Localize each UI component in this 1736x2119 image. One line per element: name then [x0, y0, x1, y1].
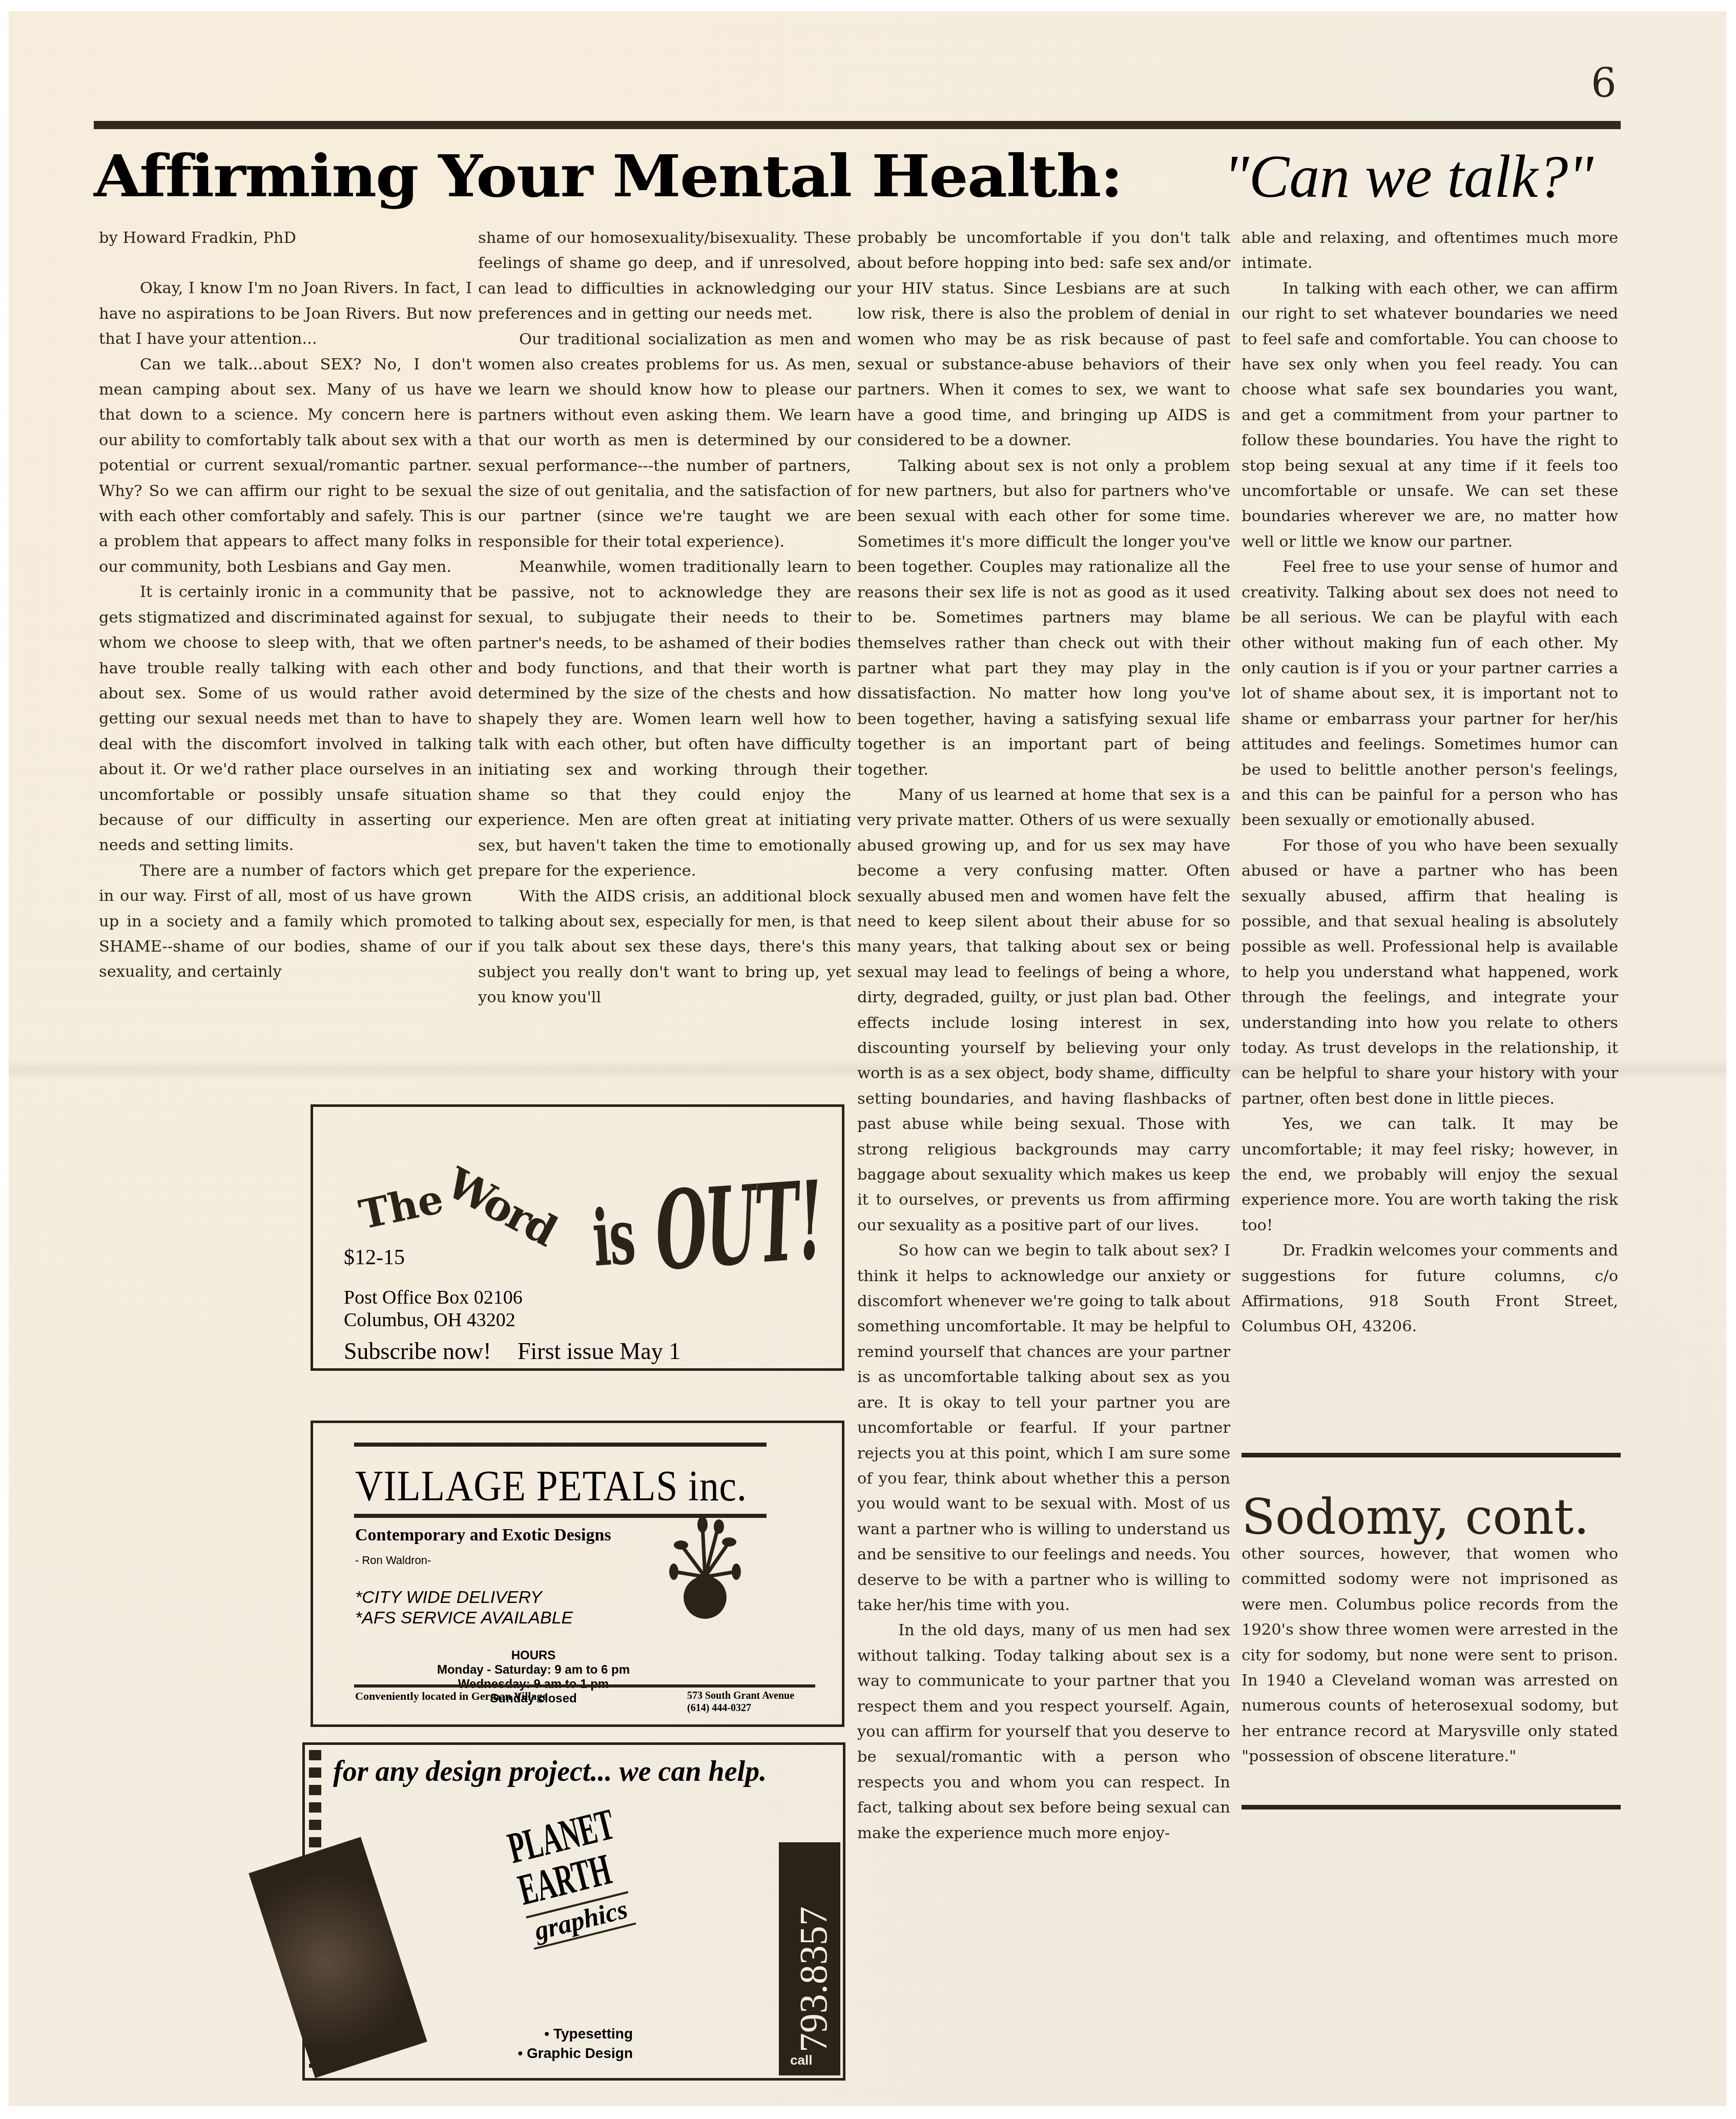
- service-item: *CITY WIDE DELIVERY: [355, 1587, 573, 1608]
- page-number: 6: [1591, 60, 1617, 107]
- paragraph: With the AIDS crisis, an additional bloc…: [478, 884, 851, 1011]
- service-item: *AFS SERVICE AVAILABLE: [355, 1608, 573, 1628]
- paragraph: For those of you who have been sexually …: [1242, 833, 1618, 1112]
- ad-word-is-out: The Word is OUT! $12-15 Post Office Box …: [311, 1104, 844, 1371]
- paragraph: In the old days, many of us men had sex …: [857, 1618, 1230, 1846]
- paragraph: In talking with each other, we can affir…: [1242, 276, 1618, 554]
- business-phone: (614) 444-0327: [687, 1702, 794, 1714]
- ad-rule: [354, 1684, 815, 1688]
- hours-title: HOURS: [395, 1649, 672, 1663]
- paragraph: Yes, we can talk. It may be uncomfortabl…: [1242, 1112, 1618, 1238]
- business-tagline: Contemporary and Exotic Designs: [355, 1526, 611, 1545]
- paragraph: Feel free to use your sense of humor and…: [1242, 554, 1618, 833]
- service-item: • Graphic Design: [510, 2044, 633, 2063]
- ad-word-is-out-logo: The Word is OUT!: [344, 1138, 815, 1291]
- article-column-1: by Howard Fradkin, PhD Okay, I know I'm …: [99, 225, 472, 985]
- services-list: *CITY WIDE DELIVERY *AFS SERVICE AVAILAB…: [355, 1587, 573, 1628]
- address-line-1: Post Office Box 02106: [344, 1286, 523, 1309]
- sodomy-section-body: other sources, however, that women who c…: [1242, 1541, 1618, 1770]
- ad-price: $12-15: [344, 1245, 405, 1270]
- author-note: Dr. Fradkin welcomes your comments and s…: [1242, 1238, 1618, 1340]
- paragraph: Our traditional socialization as men and…: [478, 327, 851, 555]
- ad-planet-earth-graphics: for any design project... we can help. P…: [302, 1742, 845, 2081]
- first-issue-text: First issue May 1: [518, 1338, 680, 1364]
- paragraph: It is certainly ironic in a community th…: [99, 580, 472, 858]
- section-divider: [1242, 1805, 1621, 1809]
- paragraph: Okay, I know I'm no Joan Rivers. In fact…: [99, 276, 472, 352]
- logo-word-is: is: [590, 1191, 637, 1284]
- paragraph: able and relaxing, and oftentimes much m…: [1242, 225, 1618, 276]
- paragraph: Talking about sex is not only a problem …: [857, 454, 1230, 783]
- article-title: Affirming Your Mental Health:: [94, 138, 1122, 215]
- address-line-2: Columbus, OH 43202: [344, 1309, 523, 1331]
- ad-address: Post Office Box 02106 Columbus, OH 43202: [344, 1286, 523, 1331]
- article-column-3: probably be uncomfortable if you don't t…: [857, 225, 1230, 1846]
- planet-earth-logo: PLANET EARTH graphics: [504, 1799, 654, 1972]
- article-subtitle: "Can we talk?": [1224, 138, 1594, 215]
- business-owner: - Ron Waldron-: [355, 1554, 431, 1567]
- logo-word-the: The: [355, 1176, 447, 1239]
- paragraph: Meanwhile, women traditionally learn to …: [478, 554, 851, 883]
- services-list: • Typesetting • Graphic Design: [510, 2024, 633, 2063]
- paragraph: probably be uncomfortable if you don't t…: [857, 225, 1230, 454]
- call-label: call: [790, 2052, 812, 2068]
- phone-number: 793.8357: [792, 1906, 836, 2052]
- article-headline: Affirming Your Mental Health: "Can we ta…: [94, 138, 1631, 215]
- ad-rule: [354, 1443, 767, 1447]
- flower-vase-icon: [667, 1515, 743, 1623]
- article-column-4: able and relaxing, and oftentimes much m…: [1242, 225, 1618, 1340]
- paragraph: other sources, however, that women who c…: [1242, 1541, 1618, 1770]
- business-contact: 573 South Grant Avenue (614) 444-0327: [687, 1690, 794, 1714]
- logo-word-word: Word: [439, 1158, 563, 1256]
- logo-word-out: OUT!: [651, 1157, 826, 1294]
- phone-banner: 793.8357 call: [779, 1842, 840, 2075]
- ad-slogan: for any design project... we can help.: [333, 1755, 767, 1788]
- article-column-2: shame of our homosexuality/bisexuality. …: [478, 225, 851, 1011]
- section-divider: [1242, 1453, 1621, 1457]
- paragraph: Can we talk...about SEX? No, I don't mea…: [99, 352, 472, 580]
- paragraph: Many of us learned at home that sex is a…: [857, 783, 1230, 1238]
- hours-line: Monday - Saturday: 9 am to 6 pm: [395, 1663, 672, 1677]
- business-name: VILLAGE PETALS inc.: [355, 1462, 747, 1511]
- byline: by Howard Fradkin, PhD: [99, 225, 472, 251]
- paragraph: So how can we begin to talk about sex? I…: [857, 1238, 1230, 1618]
- ad-call-to-action: Subscribe now! First issue May 1: [344, 1338, 680, 1365]
- business-address: 573 South Grant Avenue: [687, 1690, 794, 1702]
- business-location: Conveniently located in German Village: [355, 1690, 547, 1703]
- service-item: • Typesetting: [510, 2024, 633, 2044]
- paragraph: There are a number of factors which get …: [99, 858, 472, 985]
- paragraph: shame of our homosexuality/bisexuality. …: [478, 225, 851, 327]
- ad-village-petals: VILLAGE PETALS inc. Contemporary and Exo…: [311, 1421, 844, 1727]
- header-rule: [94, 121, 1621, 129]
- sodomy-section-title: Sodomy, cont.: [1242, 1489, 1589, 1545]
- subscribe-text: Subscribe now!: [344, 1338, 491, 1364]
